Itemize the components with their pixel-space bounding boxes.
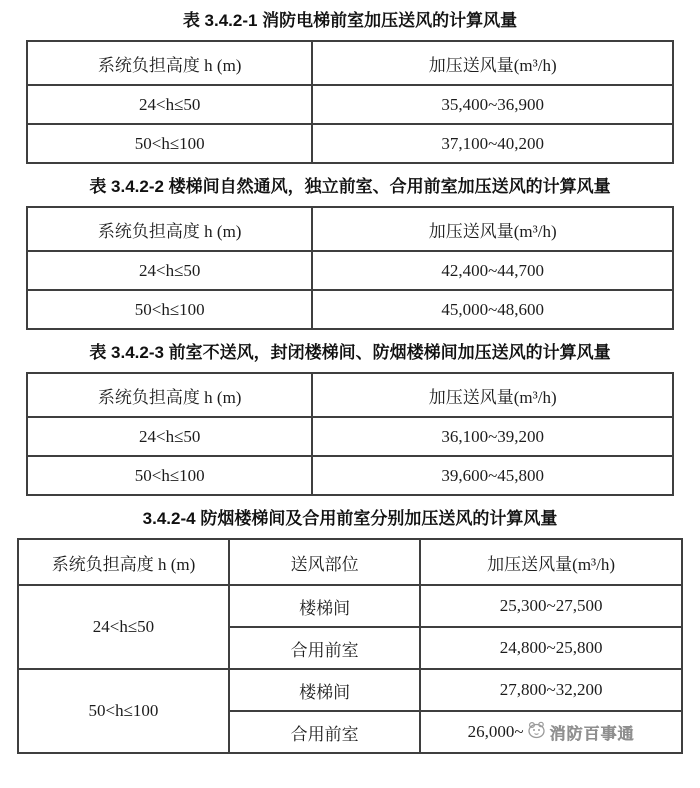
table-row: 24<h≤50 36,100~39,200 [27,417,673,456]
table-2-header-height: 系统负担高度 h (m) [27,207,312,251]
table-1-header-airflow: 加压送风量(m³/h) [312,41,673,85]
airflow-value-cell: 45,000~48,600 [312,290,673,329]
document-page: 表 3.4.2-1 消防电梯前室加压送风的计算风量 系统负担高度 h (m) 加… [0,0,700,788]
table-2: 系统负担高度 h (m) 加压送风量(m³/h) 24<h≤50 42,400~… [26,206,674,330]
height-range-cell: 50<h≤100 [27,124,312,163]
airflow-value-cell: 35,400~36,900 [312,85,673,124]
table-row: 系统负担高度 h (m) 加压送风量(m³/h) [27,207,673,251]
table-2-header-airflow: 加压送风量(m³/h) [312,207,673,251]
supply-location-cell: 楼梯间 [229,585,420,627]
height-range-cell: 24<h≤50 [18,585,229,669]
table-4-title: 3.4.2-4 防烟楼梯间及合用前室分别加压送风的计算风量 [10,508,690,530]
airflow-value-cell: 25,300~27,500 [420,585,682,627]
table-1-header-height: 系统负担高度 h (m) [27,41,312,85]
airflow-partial-value: 26,000~ [468,722,524,742]
table-4-header-location: 送风部位 [229,539,420,585]
height-range-cell: 50<h≤100 [18,669,229,753]
table-3-header-airflow: 加压送风量(m³/h) [312,373,673,417]
section-table-3-4-2-4: 3.4.2-4 防烟楼梯间及合用前室分别加压送风的计算风量 系统负担高度 h (… [0,508,700,754]
table-row: 系统负担高度 h (m) 加压送风量(m³/h) [27,373,673,417]
table-row: 50<h≤100 37,100~40,200 [27,124,673,163]
airflow-value-cell: 27,800~32,200 [420,669,682,711]
section-table-3-4-2-3: 表 3.4.2-3 前室不送风，封闭楼梯间、防烟楼梯间加压送风的计算风量 系统负… [0,342,700,496]
table-row: 24<h≤50 楼梯间 25,300~27,500 [18,585,682,627]
table-1: 系统负担高度 h (m) 加压送风量(m³/h) 24<h≤50 35,400~… [26,40,674,164]
table-row: 系统负担高度 h (m) 加压送风量(m³/h) [27,41,673,85]
table-row: 50<h≤100 39,600~45,800 [27,456,673,495]
airflow-value-cell: 39,600~45,800 [312,456,673,495]
table-2-title: 表 3.4.2-2 楼梯间自然通风，独立前室、合用前室加压送风的计算风量 [10,176,690,198]
table-4-header-airflow: 加压送风量(m³/h) [420,539,682,585]
table-3-title: 表 3.4.2-3 前室不送风，封闭楼梯间、防烟楼梯间加压送风的计算风量 [10,342,690,364]
supply-location-cell: 合用前室 [229,711,420,753]
height-range-cell: 50<h≤100 [27,290,312,329]
watermark: 消防百事通 [527,721,635,744]
height-range-cell: 50<h≤100 [27,456,312,495]
table-row: 50<h≤100 45,000~48,600 [27,290,673,329]
table-row: 24<h≤50 35,400~36,900 [27,85,673,124]
airflow-value-cell: 37,100~40,200 [312,124,673,163]
supply-location-cell: 合用前室 [229,627,420,669]
section-table-3-4-2-1: 表 3.4.2-1 消防电梯前室加压送风的计算风量 系统负担高度 h (m) 加… [0,10,700,164]
table-row: 24<h≤50 42,400~44,700 [27,251,673,290]
height-range-cell: 24<h≤50 [27,251,312,290]
section-table-3-4-2-2: 表 3.4.2-2 楼梯间自然通风，独立前室、合用前室加压送风的计算风量 系统负… [0,176,700,330]
table-4-header-height: 系统负担高度 h (m) [18,539,229,585]
airflow-watermarked-cell: 26,000~ [420,711,682,753]
airflow-value-cell: 24,800~25,800 [420,627,682,669]
table-1-title: 表 3.4.2-1 消防电梯前室加压送风的计算风量 [10,10,690,32]
mascot-logo-icon [527,721,547,744]
table-3: 系统负担高度 h (m) 加压送风量(m³/h) 24<h≤50 36,100~… [26,372,674,496]
airflow-value-cell: 42,400~44,700 [312,251,673,290]
watermark-text: 消防百事通 [550,721,635,744]
table-row: 系统负担高度 h (m) 送风部位 加压送风量(m³/h) [18,539,682,585]
supply-location-cell: 楼梯间 [229,669,420,711]
table-4: 系统负担高度 h (m) 送风部位 加压送风量(m³/h) 24<h≤50 楼梯… [17,538,683,754]
airflow-value-cell: 36,100~39,200 [312,417,673,456]
table-3-header-height: 系统负担高度 h (m) [27,373,312,417]
height-range-cell: 24<h≤50 [27,417,312,456]
table-row: 50<h≤100 楼梯间 27,800~32,200 [18,669,682,711]
height-range-cell: 24<h≤50 [27,85,312,124]
